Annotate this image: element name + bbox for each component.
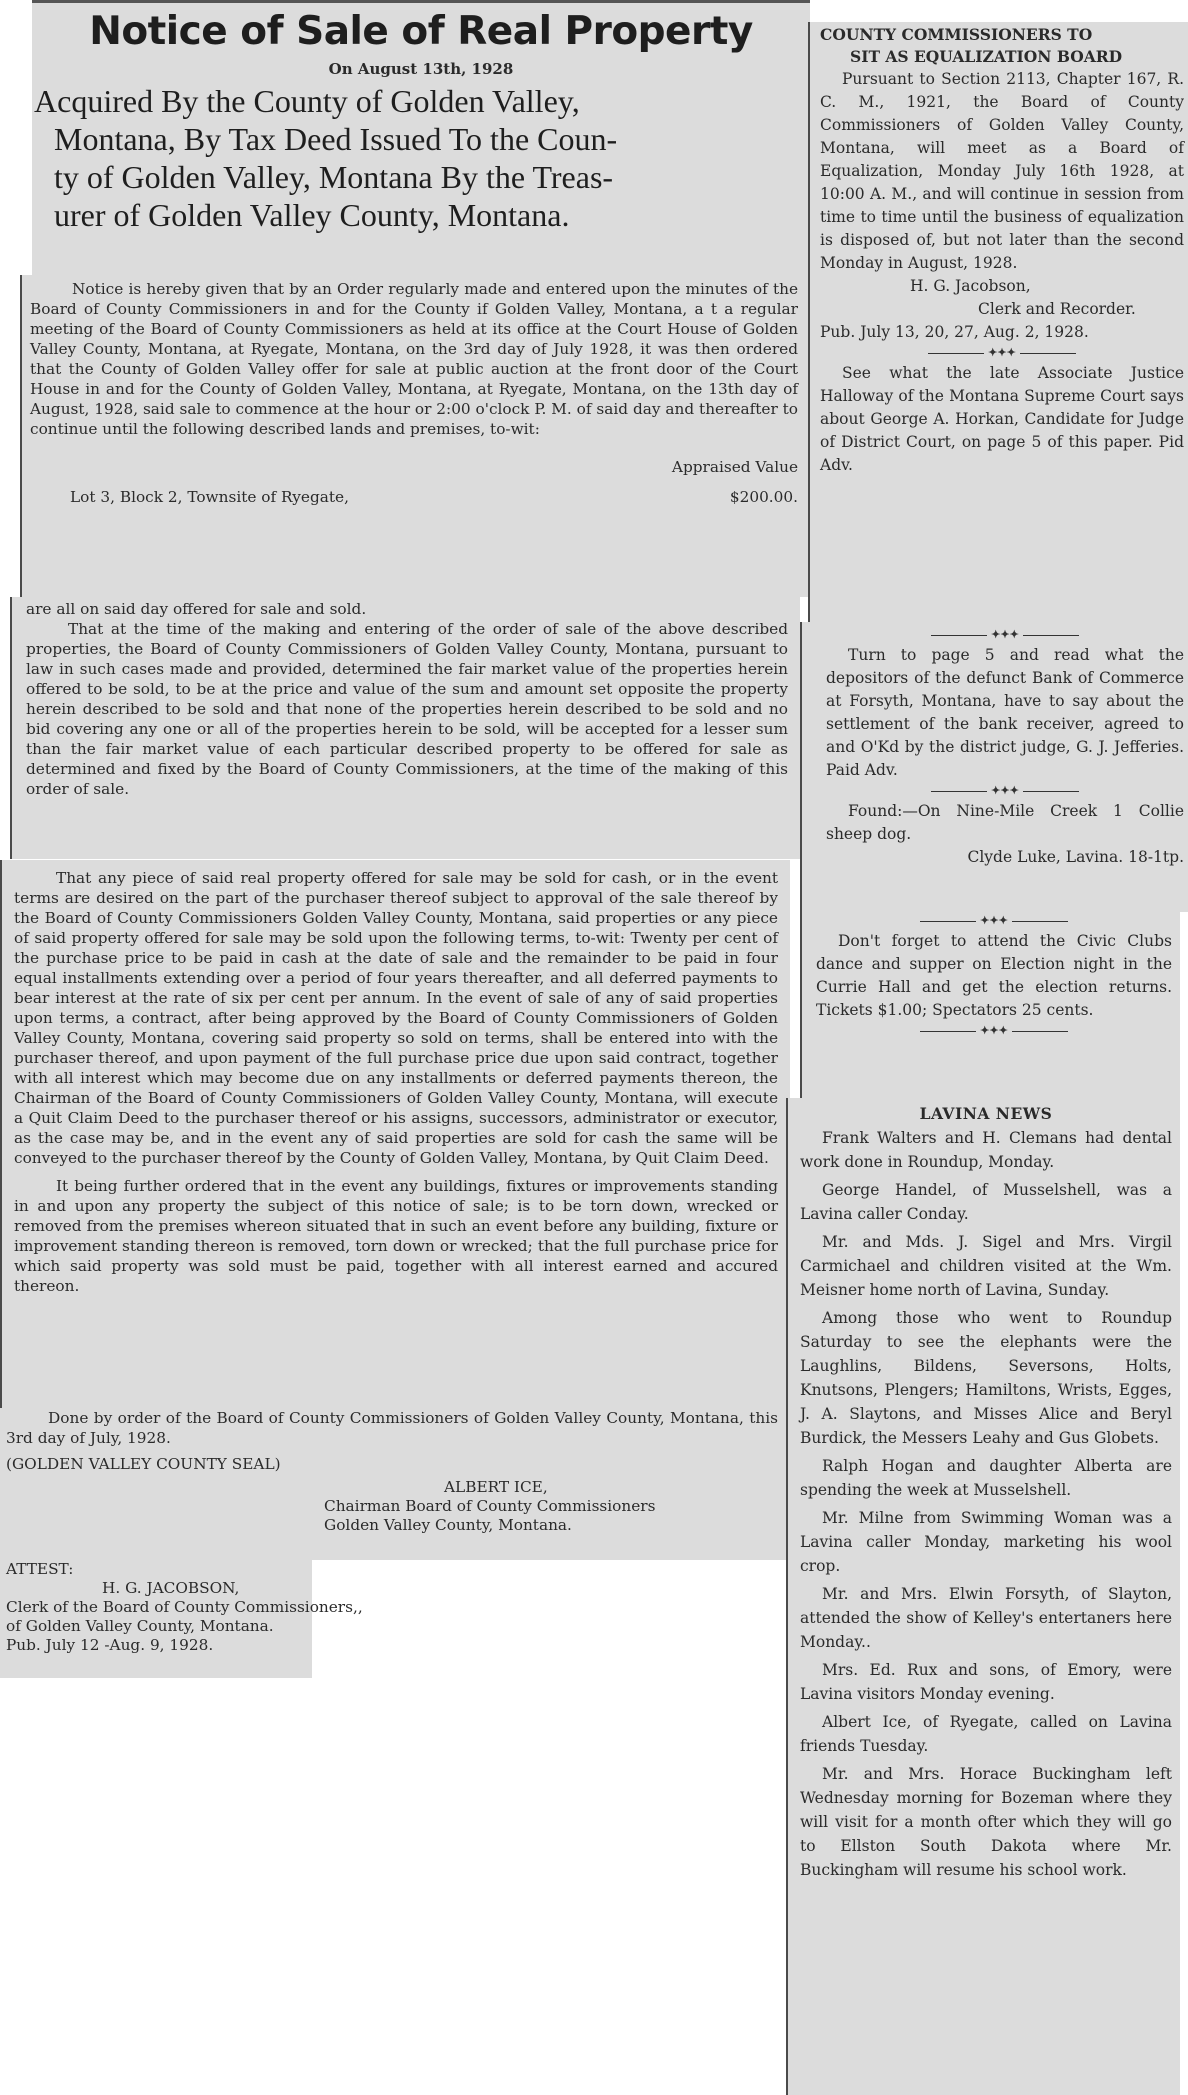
chairman-name: ALBERT ICE, <box>324 1478 778 1497</box>
halloway-ad: See what the late Associate Justice Hall… <box>820 362 1184 477</box>
done-paragraph: Done by order of the Board of County Com… <box>6 1408 778 1448</box>
subtitle-line: Montana, By Tax Deed Issued To the Coun- <box>34 120 800 158</box>
subtitle-line: ty of Golden Valley, Montana By the Trea… <box>34 158 800 196</box>
dance-ad: Don't forget to attend the Civic Clubs d… <box>816 930 1172 1022</box>
chairman-signature: ALBERT ICE, Chairman Board of County Com… <box>324 1478 778 1535</box>
county-seal: (GOLDEN VALLEY COUNTY SEAL) <box>6 1454 778 1474</box>
news-item: George Handel, of Musselshell, was a Lav… <box>800 1178 1172 1226</box>
notice-signature-block: Done by order of the Board of County Com… <box>0 1408 790 1560</box>
property-description: Lot 3, Block 2, Townsite of Ryegate, <box>30 487 349 507</box>
news-item: Mrs. Ed. Rux and sons, of Emory, were La… <box>800 1658 1172 1706</box>
lavina-news: LAVINA NEWS Frank Walters and H. Clemans… <box>786 1098 1180 2095</box>
equalization-signer-title: Clerk and Recorder. <box>820 298 1184 321</box>
news-item: Mr. and Mds. J. Sigel and Mrs. Virgil Ca… <box>800 1230 1172 1302</box>
news-item: Ralph Hogan and daughter Alberta are spe… <box>800 1454 1172 1502</box>
chairman-title: Chairman Board of County Commissioners <box>324 1497 778 1516</box>
found-notice: Found:—On Nine-Mile Creek 1 Collie sheep… <box>826 800 1184 846</box>
notice-title: Notice of Sale of Real Property <box>32 9 810 54</box>
found-signature: Clyde Luke, Lavina. 18-1tp. <box>826 846 1184 869</box>
ornament-divider: ✦✦✦ <box>820 346 1184 360</box>
terms-paragraph: That any piece of said real property off… <box>14 868 778 1168</box>
subtitle-line: urer of Golden Valley County, Montana. <box>34 196 800 234</box>
headline-line: SIT AS EQUALIZATION BOARD <box>820 46 1184 68</box>
notice-terms-block: That any piece of said real property off… <box>0 860 790 1410</box>
chairman-county: Golden Valley County, Montana. <box>324 1516 778 1535</box>
equalization-headline: COUNTY COMMISSIONERS TO SIT AS EQUALIZAT… <box>820 24 1184 68</box>
ornament-divider: ✦✦✦ <box>826 784 1184 798</box>
notice-header: Notice of Sale of Real Property On Augus… <box>32 0 810 278</box>
ornament-divider: ✦✦✦ <box>816 1024 1172 1038</box>
notice-intro: Notice is hereby given that by an Order … <box>30 279 798 439</box>
ornament-divider: ✦✦✦ <box>816 914 1172 928</box>
after-list-text: are all on said day offered for sale and… <box>26 599 788 619</box>
news-item: Mr. Milne from Swimming Woman was a Lavi… <box>800 1506 1172 1578</box>
notice-fair-value-block: are all on said day offered for sale and… <box>10 597 800 859</box>
bank-ad-block: ✦✦✦ Turn to page 5 and read what the dep… <box>800 622 1188 912</box>
news-item: Mr. and Mrs. Elwin Forsyth, of Slayton, … <box>800 1582 1172 1654</box>
notice-subtitle: Acquired By the County of Golden Valley,… <box>34 82 800 234</box>
news-item: Mr. and Mrs. Horace Buckingham left Wedn… <box>800 1762 1172 1882</box>
buildings-paragraph: It being further ordered that in the eve… <box>14 1176 778 1296</box>
bank-ad: Turn to page 5 and read what the deposit… <box>826 644 1184 782</box>
news-item: Frank Walters and H. Clemans had dental … <box>800 1126 1172 1174</box>
notice-intro-block: Notice is hereby given that by an Order … <box>20 275 810 597</box>
lavina-news-heading: LAVINA NEWS <box>800 1102 1172 1126</box>
notice-date: On August 13th, 1928 <box>32 60 810 78</box>
attest-label: ATTEST: <box>6 1560 312 1579</box>
property-row: Lot 3, Block 2, Townsite of Ryegate, $20… <box>30 487 798 507</box>
clerk-county: of Golden Valley County, Montana. <box>6 1617 312 1636</box>
news-item: Among those who went to Roundup Saturday… <box>800 1306 1172 1450</box>
equalization-body: Pursuant to Section 2113, Chapter 167, R… <box>820 68 1184 275</box>
subtitle-line: Acquired By the County of Golden Valley, <box>34 82 800 120</box>
clerk-name: H. G. JACOBSON, <box>6 1579 312 1598</box>
news-item: Albert Ice, of Ryegate, called on Lavina… <box>800 1710 1172 1758</box>
fair-value-paragraph: That at the time of the making and enter… <box>26 619 788 799</box>
attest-block: ATTEST: H. G. JACOBSON, Clerk of the Boa… <box>0 1560 312 1678</box>
dance-ad-block: ✦✦✦ Don't forget to attend the Civic Clu… <box>800 912 1180 1098</box>
ornament-divider: ✦✦✦ <box>826 628 1184 642</box>
appraised-value-header: Appraised Value <box>30 457 798 477</box>
equalization-notice: COUNTY COMMISSIONERS TO SIT AS EQUALIZAT… <box>808 22 1188 622</box>
publication-dates: Pub. July 12 -Aug. 9, 1928. <box>6 1636 312 1655</box>
clerk-title: Clerk of the Board of County Commissione… <box>6 1598 312 1617</box>
equalization-signer: H. G. Jacobson, <box>820 275 1184 298</box>
equalization-pub: Pub. July 13, 20, 27, Aug. 2, 1928. <box>820 321 1184 344</box>
property-value: $200.00. <box>730 487 798 507</box>
headline-line: COUNTY COMMISSIONERS TO <box>820 25 1092 44</box>
